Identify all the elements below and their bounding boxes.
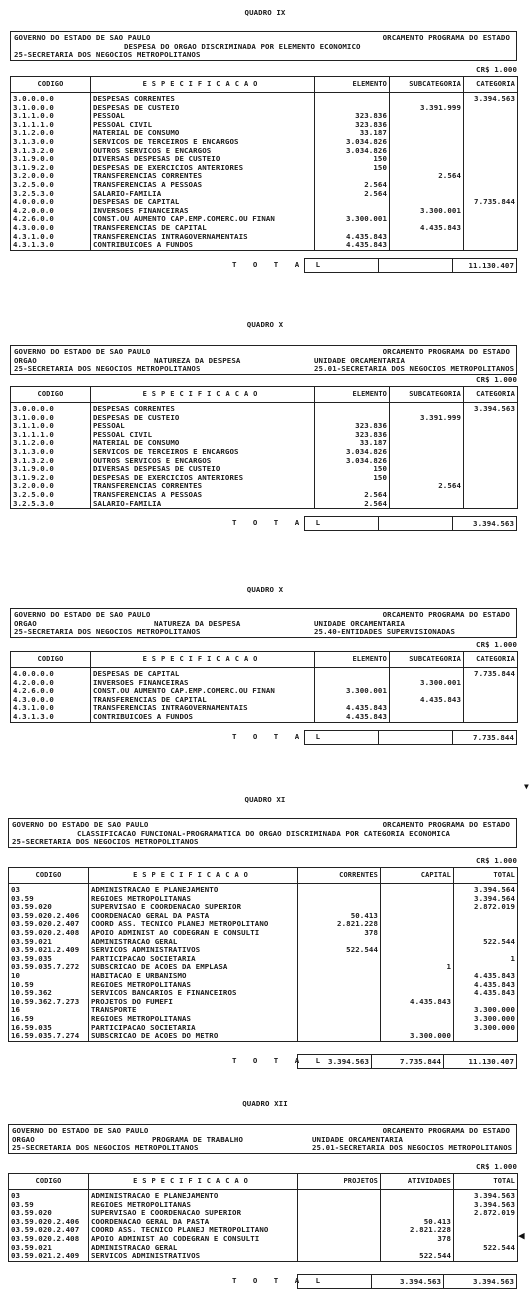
total-row: T O T A L 3.394.563 3.394.563 — [0, 1274, 530, 1289]
col-2-cell — [390, 687, 464, 696]
codigo-cell: 03.59.020.2.407 — [9, 1226, 89, 1235]
col-2-cell — [381, 1209, 454, 1218]
data-table: CODIGO ESPECIFICACAO ELEMENTO SUBCATEGOR… — [10, 386, 518, 509]
quadro-title: QUADRO X — [0, 586, 530, 596]
table-row: 10.59.362SERVICOS BANCARIOS E FINANCEIRO… — [9, 989, 518, 998]
col-3-cell — [454, 1235, 518, 1244]
col-1-cell: 323.836 — [315, 112, 390, 121]
codigo-cell: 4.3.1.3.0 — [11, 713, 91, 722]
especificacao-cell: MATERIAL DE CONSUMO — [91, 439, 315, 448]
col-1-cell — [315, 679, 390, 688]
col-2-cell: 4.435.843 — [390, 224, 464, 233]
col-3: TOTAL — [454, 1174, 518, 1190]
quadro-title: QUADRO XII — [0, 1100, 530, 1110]
col-1-cell: 522.544 — [298, 946, 381, 955]
col-1-cell — [298, 1209, 381, 1218]
col-1-cell — [298, 938, 381, 947]
col-1-cell: 2.564 — [315, 491, 390, 500]
especificacao-cell: DESPESAS DE CAPITAL — [91, 198, 315, 207]
especificacao-cell: TRANSFERENCIAS CORRENTES — [91, 172, 315, 181]
col-1-cell: 378 — [298, 929, 381, 938]
col-3-cell — [454, 998, 518, 1007]
codigo-cell: 03.59.020.2.408 — [9, 1235, 89, 1244]
codigo-cell: 3.1.0.0.0 — [11, 104, 91, 113]
col-2-cell — [390, 439, 464, 448]
especificacao-cell: PARTICIPACAO SOCIETARIA — [89, 1024, 298, 1033]
col-2-cell — [390, 93, 464, 104]
especificacao-cell: DIVERSAS DESPESAS DE CUSTEIO — [91, 155, 315, 164]
col-2-cell: 2.564 — [390, 172, 464, 181]
table-row: 03.59.021ADMINISTRACAO GERAL522.544 — [9, 938, 518, 947]
col-3-cell: 4.435.843 — [454, 981, 518, 990]
codigo-cell: 4.2.6.0.0 — [11, 215, 91, 224]
codigo-cell: 3.1.3.2.0 — [11, 457, 91, 466]
col-1-cell — [315, 198, 390, 207]
codigo-cell: 4.2.0.0.0 — [11, 679, 91, 688]
col-1: ELEMENTO — [315, 652, 390, 668]
col-3-cell — [464, 215, 518, 224]
col-1-cell: 150 — [315, 474, 390, 483]
col-3-cell — [464, 112, 518, 121]
col-3-cell — [464, 207, 518, 216]
col-3-cell — [464, 713, 518, 722]
budget-label: ORCAMENTO PROGRAMA DO ESTADO — [383, 34, 510, 43]
report-header: GOVERNO DO ESTADO DE SAO PAULOORCAMENTO … — [8, 1124, 517, 1154]
total-col-1 — [304, 516, 379, 531]
report-header: GOVERNO DO ESTADO DE SAO PAULOORCAMENTO … — [10, 31, 517, 61]
col-1-cell — [298, 1015, 381, 1024]
especificacao-cell: PESSOAL — [91, 422, 315, 431]
col-3-cell — [464, 224, 518, 233]
especificacao-cell: SALARIO-FAMILIA — [91, 500, 315, 509]
col-2-cell — [381, 981, 454, 990]
especificacao-cell: SERVICOS ADMINISTRATIVOS — [89, 1252, 298, 1261]
quadro-xi: QUADRO XI GOVERNO DO ESTADO DE SAO PAULO… — [0, 796, 530, 1069]
especificacao-cell: CONST.OU AUMENTO CAP.EMP.COMERC.OU FINAN — [91, 215, 315, 224]
table-row: 4.0.0.0.0DESPESAS DE CAPITAL7.735.844 — [11, 198, 518, 207]
col-2-cell — [381, 972, 454, 981]
col-3-cell — [464, 181, 518, 190]
especificacao-cell: MATERIAL DE CONSUMO — [91, 129, 315, 138]
especificacao-cell: CONTRIBUICOES A FUNDOS — [91, 241, 315, 250]
codigo-cell: 3.1.3.0.0 — [11, 448, 91, 457]
table-row: 3.1.9.0.0DIVERSAS DESPESAS DE CUSTEIO150 — [11, 155, 518, 164]
col-1-cell — [315, 172, 390, 181]
col-1-cell — [315, 403, 390, 414]
col-2-cell — [390, 198, 464, 207]
report-header: GOVERNO DO ESTADO DE SAO PAULOORCAMENTO … — [10, 345, 517, 375]
col-1-cell: 150 — [315, 164, 390, 173]
codigo-cell: 4.3.0.0.0 — [11, 696, 91, 705]
secretaria-label: 25-SECRETARIA DOS NEGOCIOS METROPOLITANO… — [14, 50, 201, 59]
codigo-cell: 10.59.362.7.273 — [9, 998, 89, 1007]
quadro-title: QUADRO X — [0, 321, 530, 331]
especificacao-cell: ADMINISTRACAO E PLANEJAMENTO — [89, 884, 298, 895]
especificacao-cell: TRANSFERENCIAS INTRAGOVERNAMENTAIS — [91, 233, 315, 242]
col-3-cell — [464, 422, 518, 431]
codigo-cell: 3.1.1.0.0 — [11, 112, 91, 121]
especificacao-cell: OUTROS SERVICOS E ENCARGOS — [91, 147, 315, 156]
unidade-value: 25.01-SECRETARIA DOS NEGOCIOS METROPOLIT… — [312, 1144, 512, 1153]
col-2-cell — [381, 1201, 454, 1210]
col-2-cell — [381, 1015, 454, 1024]
col-2: ATIVIDADES — [381, 1174, 454, 1190]
table-row: 3.1.0.0.0DESPESAS DE CUSTEIO3.391.999 — [11, 414, 518, 423]
especificacao-cell: SUBSCRICAO DE ACOES DO METRO — [89, 1032, 298, 1041]
codigo-cell: 03.59 — [9, 1201, 89, 1210]
table-row: 4.2.6.0.0CONST.OU AUMENTO CAP.EMP.COMERC… — [11, 687, 518, 696]
table-row: 16.59REGIOES METROPOLITANAS3.300.000 — [9, 1015, 518, 1024]
col-3-cell — [464, 121, 518, 130]
total-row: T O T A L 11.130.407 — [0, 258, 530, 273]
col-especificacao: ESPECIFICACAO — [89, 868, 298, 884]
total-row: T O T A L 7.735.844 — [0, 730, 530, 745]
col-3-cell — [454, 1218, 518, 1227]
col-1-cell: 323.836 — [315, 431, 390, 440]
col-1-cell — [298, 895, 381, 904]
codigo-cell: 10.59 — [9, 981, 89, 990]
report-header: GOVERNO DO ESTADO DE SAO PAULOORCAMENTO … — [8, 818, 517, 848]
col-1-cell — [298, 1244, 381, 1253]
table-row: 3.1.3.2.0OUTROS SERVICOS E ENCARGOS3.034… — [11, 147, 518, 156]
col-1-cell: 3.034.826 — [315, 448, 390, 457]
especificacao-cell: TRANSFERENCIAS CORRENTES — [91, 482, 315, 491]
quadro-x-unidade-2501: QUADRO X GOVERNO DO ESTADO DE SAO PAULOO… — [0, 321, 530, 531]
col-codigo: CODIGO — [11, 77, 91, 93]
quadro-xii: QUADRO XII GOVERNO DO ESTADO DE SAO PAUL… — [0, 1100, 530, 1289]
col-3-cell: 3.394.564 — [454, 884, 518, 895]
col-1: ELEMENTO — [315, 77, 390, 93]
codigo-cell: 3.1.1.1.0 — [11, 431, 91, 440]
col-2-cell — [390, 233, 464, 242]
table-row: 03.59REGIOES METROPOLITANAS3.394.564 — [9, 895, 518, 904]
col-3-cell — [464, 414, 518, 423]
especificacao-cell: COORDENACAO GERAL DA PASTA — [89, 912, 298, 921]
total-col-2: 7.735.844 — [371, 1054, 444, 1069]
codigo-cell: 03.59.021.2.409 — [9, 1252, 89, 1261]
total-col-3: 3.394.563 — [453, 516, 517, 531]
table-row: 03.59.020.2.408APOIO ADMINIST AO CODEGRA… — [9, 929, 518, 938]
codigo-cell: 4.2.0.0.0 — [11, 207, 91, 216]
col-codigo: CODIGO — [9, 868, 89, 884]
total-col-3: 7.735.844 — [453, 730, 517, 745]
col-1-cell — [298, 1218, 381, 1227]
col-1-cell: 4.435.843 — [315, 713, 390, 722]
table-row: 16.59.035PARTICIPACAO SOCIETARIA3.300.00… — [9, 1024, 518, 1033]
col-1-cell — [298, 963, 381, 972]
gov-label: GOVERNO DO ESTADO DE SAO PAULO — [14, 33, 151, 42]
table-row: 03.59.021.2.409SERVICOS ADMINISTRATIVOS5… — [9, 946, 518, 955]
especificacao-cell: DESPESAS DE EXERCICIOS ANTERIORES — [91, 164, 315, 173]
col-2-cell — [390, 704, 464, 713]
codigo-cell: 3.2.0.0.0 — [11, 172, 91, 181]
especificacao-cell: ADMINISTRACAO GERAL — [89, 938, 298, 947]
table-row: 4.3.0.0.0TRANSFERENCIAS DE CAPITAL4.435.… — [11, 224, 518, 233]
col-1: CORRENTES — [298, 868, 381, 884]
codigo-cell: 4.3.1.0.0 — [11, 233, 91, 242]
codigo-cell: 3.0.0.0.0 — [11, 93, 91, 104]
col-especificacao: ESPECIFICACAO — [91, 77, 315, 93]
col-3-cell — [464, 138, 518, 147]
especificacao-cell: PESSOAL CIVIL — [91, 121, 315, 130]
especificacao-cell: SERVICOS DE TERCEIROS E ENCARGOS — [91, 448, 315, 457]
col-2-cell — [390, 491, 464, 500]
especificacao-cell: DESPESAS DE EXERCICIOS ANTERIORES — [91, 474, 315, 483]
col-3-cell — [464, 687, 518, 696]
col-3-cell — [464, 155, 518, 164]
col-1-cell: 3.034.826 — [315, 138, 390, 147]
col-3-cell: 3.394.563 — [454, 1190, 518, 1201]
table-row: 3.2.0.0.0TRANSFERENCIAS CORRENTES2.564 — [11, 482, 518, 491]
col-3-cell: 7.735.844 — [464, 198, 518, 207]
col-2-cell: 378 — [381, 1235, 454, 1244]
col-1-cell — [315, 696, 390, 705]
col-1-cell: 3.300.001 — [315, 687, 390, 696]
col-1-cell: 3.034.826 — [315, 147, 390, 156]
secretaria-label: 25-SECRETARIA DOS NEGOCIOS METROPOLITANO… — [14, 364, 201, 373]
codigo-cell: 3.1.9.2.0 — [11, 474, 91, 483]
col-3-cell — [464, 439, 518, 448]
col-2-cell: 3.300.001 — [390, 679, 464, 688]
table-row: 03.59.035.7.272SUBSCRICAO DE ACOES DA EM… — [9, 963, 518, 972]
col-2-cell — [390, 431, 464, 440]
codigo-cell: 3.1.1.0.0 — [11, 422, 91, 431]
total-col-3: 11.130.407 — [453, 258, 517, 273]
table-row: 3.1.0.0.0DESPESAS DE CUSTEIO3.391.999 — [11, 104, 518, 113]
especificacao-cell: SUBSCRICAO DE ACOES DA EMPLASA — [89, 963, 298, 972]
col-2-cell — [390, 668, 464, 679]
col-3-cell — [454, 1226, 518, 1235]
currency-unit: CR$ 1.000 — [0, 1163, 517, 1173]
col-2-cell — [390, 138, 464, 147]
table-row: 4.0.0.0.0DESPESAS DE CAPITAL7.735.844 — [11, 668, 518, 679]
total-col-2 — [379, 730, 453, 745]
col-3-cell — [464, 457, 518, 466]
codigo-cell: 3.1.0.0.0 — [11, 414, 91, 423]
col-3: CATEGORIA — [464, 77, 518, 93]
col-3-cell: 522.544 — [454, 938, 518, 947]
col-3-cell: 3.394.563 — [464, 403, 518, 414]
col-2-cell: 4.435.843 — [390, 696, 464, 705]
especificacao-cell: CONST.OU AUMENTO CAP.EMP.COMERC.OU FINAN — [91, 687, 315, 696]
col-1-cell — [298, 1226, 381, 1235]
col-3-cell — [464, 465, 518, 474]
especificacao-cell: ADMINISTRACAO GERAL — [89, 1244, 298, 1253]
codigo-cell: 4.0.0.0.0 — [11, 198, 91, 207]
table-row: 3.1.1.1.0PESSOAL CIVIL323.836 — [11, 431, 518, 440]
col-1-cell — [298, 903, 381, 912]
especificacao-cell: ADMINISTRACAO E PLANEJAMENTO — [89, 1190, 298, 1201]
especificacao-cell: CONTRIBUICOES A FUNDOS — [91, 713, 315, 722]
total-col-3: 11.130.407 — [443, 1054, 517, 1069]
col-1-cell: 150 — [315, 155, 390, 164]
especificacao-cell: SUPERVISAO E COORDENACAO SUPERIOR — [89, 903, 298, 912]
codigo-cell: 03.59.020 — [9, 903, 89, 912]
col-2-cell — [390, 155, 464, 164]
especificacao-cell: REGIOES METROPOLITANAS — [89, 1201, 298, 1210]
codigo-cell: 3.2.0.0.0 — [11, 482, 91, 491]
codigo-cell: 03.59.021 — [9, 1244, 89, 1253]
data-table: CODIGO ESPECIFICACAO CORRENTES CAPITAL T… — [8, 867, 518, 1042]
col-2-cell — [390, 112, 464, 121]
col-3-cell: 2.872.019 — [454, 903, 518, 912]
especificacao-cell: DESPESAS CORRENTES — [91, 93, 315, 104]
col-3-cell — [464, 164, 518, 173]
col-2-cell: 4.435.843 — [381, 998, 454, 1007]
col-3-cell — [464, 147, 518, 156]
col-1-cell: 4.435.843 — [315, 233, 390, 242]
col-2-cell — [390, 713, 464, 722]
col-2-cell: 3.300.000 — [381, 1032, 454, 1041]
col-2-cell — [381, 903, 454, 912]
col-2-cell — [381, 946, 454, 955]
col-2-cell — [390, 147, 464, 156]
col-3-cell: 3.394.563 — [464, 93, 518, 104]
codigo-cell: 4.3.0.0.0 — [11, 224, 91, 233]
table-row: 3.1.3.0.0SERVICOS DE TERCEIROS E ENCARGO… — [11, 138, 518, 147]
col-3-cell — [464, 233, 518, 242]
col-3-cell — [454, 946, 518, 955]
table-row: 03ADMINISTRACAO E PLANEJAMENTO3.394.564 — [9, 884, 518, 895]
col-3-cell — [454, 1032, 518, 1041]
table-row: 3.0.0.0.0DESPESAS CORRENTES3.394.563 — [11, 403, 518, 414]
col-1-cell: 323.836 — [315, 121, 390, 130]
especificacao-cell: SERVICOS DE TERCEIROS E ENCARGOS — [91, 138, 315, 147]
table-row: 03.59.020SUPERVISAO E COORDENACAO SUPERI… — [9, 1209, 518, 1218]
col-1-cell — [298, 1235, 381, 1244]
col-3-cell — [454, 920, 518, 929]
data-table: CODIGO ESPECIFICACAO PROJETOS ATIVIDADES… — [8, 1173, 518, 1262]
currency-unit: CR$ 1.000 — [0, 641, 517, 651]
codigo-cell: 3.1.2.0.0 — [11, 129, 91, 138]
col-codigo: CODIGO — [9, 1174, 89, 1190]
col-3-cell: 3.394.563 — [454, 1201, 518, 1210]
col-2-cell — [390, 448, 464, 457]
especificacao-cell: REGIOES METROPOLITANAS — [89, 1015, 298, 1024]
data-table: CODIGO ESPECIFICACAO ELEMENTO SUBCATEGOR… — [10, 651, 518, 723]
total-col-1 — [304, 258, 379, 273]
especificacao-cell: SUPERVISAO E COORDENACAO SUPERIOR — [89, 1209, 298, 1218]
col-2-cell: 1 — [381, 963, 454, 972]
col-2-cell — [390, 403, 464, 414]
codigo-cell: 03.59.021 — [9, 938, 89, 947]
table-row: 4.3.1.3.0CONTRIBUICOES A FUNDOS4.435.843 — [11, 241, 518, 250]
especificacao-cell: PESSOAL CIVIL — [91, 431, 315, 440]
col-especificacao: ESPECIFICACAO — [91, 652, 315, 668]
table-row: 3.1.2.0.0MATERIAL DE CONSUMO33.187 — [11, 439, 518, 448]
codigo-cell: 3.1.9.0.0 — [11, 465, 91, 474]
codigo-cell: 03.59.020.2.407 — [9, 920, 89, 929]
col-1-cell — [315, 668, 390, 679]
especificacao-cell: TRANSFERENCIAS DE CAPITAL — [91, 224, 315, 233]
total-col-3: 3.394.563 — [443, 1274, 517, 1289]
table-row: 03.59.020.2.406COORDENACAO GERAL DA PAST… — [9, 1218, 518, 1227]
table-row: 4.2.0.0.0INVERSOES FINANCEIRAS3.300.001 — [11, 679, 518, 688]
codigo-cell: 03.59.020.2.408 — [9, 929, 89, 938]
codigo-cell: 3.1.1.1.0 — [11, 121, 91, 130]
table-row: 10.59.362.7.273PROJETOS DO FUMEFI4.435.8… — [9, 998, 518, 1007]
codigo-cell: 03.59.021.2.409 — [9, 946, 89, 955]
quadro-ix: QUADRO IX GOVERNO DO ESTADO DE SAO PAULO… — [0, 9, 530, 273]
table-row: 3.1.3.0.0SERVICOS DE TERCEIROS E ENCARGO… — [11, 448, 518, 457]
col-2-cell — [381, 955, 454, 964]
col-2-cell — [390, 190, 464, 199]
col-1: ELEMENTO — [315, 387, 390, 403]
currency-unit: CR$ 1.000 — [0, 66, 517, 76]
total-col-1 — [304, 730, 379, 745]
table-row: 3.1.1.1.0PESSOAL CIVIL323.836 — [11, 121, 518, 130]
table-row: 3.1.9.2.0DESPESAS DE EXERCICIOS ANTERIOR… — [11, 474, 518, 483]
codigo-cell: 03.59.020 — [9, 1209, 89, 1218]
especificacao-cell: PARTICIPACAO SOCIETARIA — [89, 955, 298, 964]
especificacao-cell: SERVICOS ADMINISTRATIVOS — [89, 946, 298, 955]
col-2-cell: 2.564 — [390, 482, 464, 491]
col-2-cell — [381, 1006, 454, 1015]
codigo-cell: 3.2.5.3.0 — [11, 500, 91, 509]
table-row: 10HABITACAO E URBANISMO4.435.843 — [9, 972, 518, 981]
especificacao-cell: DIVERSAS DESPESAS DE CUSTEIO — [91, 465, 315, 474]
table-row: 3.1.9.0.0DIVERSAS DESPESAS DE CUSTEIO150 — [11, 465, 518, 474]
total-col-2 — [379, 516, 453, 531]
col-2-cell — [390, 422, 464, 431]
col-2-cell: 2.821.228 — [381, 1226, 454, 1235]
col-1-cell — [298, 1032, 381, 1041]
total-col-2 — [379, 258, 453, 273]
especificacao-cell: INVERSOES FINANCEIRAS — [91, 679, 315, 688]
total-row: T O T A L 3.394.563 7.735.844 11.130.407 — [0, 1054, 530, 1069]
col-2-cell — [390, 215, 464, 224]
col-3-cell — [454, 963, 518, 972]
col-2: SUBCATEGORIA — [390, 652, 464, 668]
col-1-cell — [315, 207, 390, 216]
col-3-cell — [464, 500, 518, 509]
col-2-cell — [390, 474, 464, 483]
col-1-cell: 33.187 — [315, 129, 390, 138]
col-3-cell — [464, 491, 518, 500]
codigo-cell: 3.2.5.3.0 — [11, 190, 91, 199]
especificacao-cell: APOIO ADMINIST AO CODEGRAN E CONSULTI — [89, 929, 298, 938]
table-row: 03.59.020.2.406COORDENACAO GERAL DA PAST… — [9, 912, 518, 921]
col-3-cell — [464, 696, 518, 705]
col-1-cell: 2.821.228 — [298, 920, 381, 929]
col-3-cell: 2.872.019 — [454, 1209, 518, 1218]
especificacao-cell: COORDENACAO GERAL DA PASTA — [89, 1218, 298, 1227]
col-1-cell — [315, 482, 390, 491]
col-1-cell — [298, 981, 381, 990]
col-3-cell — [464, 431, 518, 440]
codigo-cell: 3.1.2.0.0 — [11, 439, 91, 448]
table-row: 03.59.020.2.407COORD ASS. TECNICO PLANEJ… — [9, 1226, 518, 1235]
codigo-cell: 3.2.5.0.0 — [11, 491, 91, 500]
col-2-cell: 3.391.999 — [390, 104, 464, 113]
col-codigo: CODIGO — [11, 387, 91, 403]
col-1-cell: 2.564 — [315, 181, 390, 190]
table-row: 3.1.2.0.0MATERIAL DE CONSUMO33.187 — [11, 129, 518, 138]
especificacao-cell: TRANSFERENCIAS DE CAPITAL — [91, 696, 315, 705]
col-3: CATEGORIA — [464, 387, 518, 403]
col-3-cell: 1 — [454, 955, 518, 964]
col-1-cell — [298, 955, 381, 964]
gov-label: GOVERNO DO ESTADO DE SAO PAULO — [12, 820, 149, 829]
col-3-cell — [464, 104, 518, 113]
col-1-cell: 3.300.001 — [315, 215, 390, 224]
col-2-cell: 3.391.999 — [390, 414, 464, 423]
col-2-cell — [390, 164, 464, 173]
col-2-cell — [390, 500, 464, 509]
col-1-cell — [298, 1201, 381, 1210]
table-row: 3.2.0.0.0TRANSFERENCIAS CORRENTES2.564 — [11, 172, 518, 181]
col-1-cell — [315, 93, 390, 104]
